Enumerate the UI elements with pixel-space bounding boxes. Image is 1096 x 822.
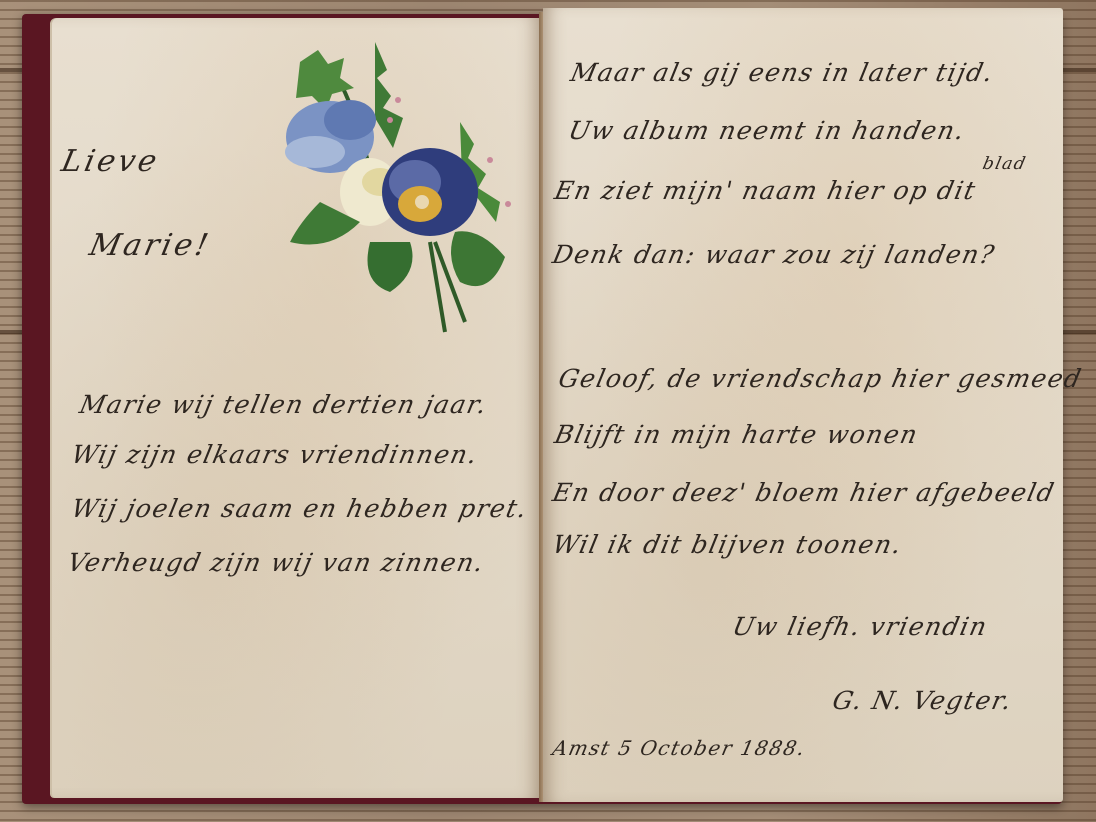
closing-line: Uw liefh. vriendin <box>730 612 991 641</box>
stanza1-line-3: En ziet mijn' naam hier op dit <box>552 176 979 205</box>
signature: G. N. Vegter. <box>830 686 1015 715</box>
greeting-line-2: Marie! <box>86 228 214 263</box>
stanza1-line-1: Maar als gij eens in later tijd. <box>568 58 997 87</box>
verse-line-4: Verheugd zijn wij van zinnen. <box>65 548 487 577</box>
verse-line-2: Wij zijn elkaars vriendinnen. <box>69 440 481 469</box>
verse-line-1: Marie wij tellen dertien jaar. <box>77 390 490 419</box>
right-page: Maar als gij eens in later tijd. Uw albu… <box>543 8 1063 802</box>
verse-line-3: Wij joelen saam en hebben pret. <box>69 494 531 523</box>
stanza1-line-2: Uw album neemt in handen. <box>566 116 968 145</box>
stanza2-line-4: Wil ik dit blijven toonen. <box>550 530 905 559</box>
stanza2-line-1: Geloof, de vriendschap hier gesmeed <box>556 364 1085 393</box>
place-date: Amst 5 October 1888. <box>550 736 808 760</box>
flower-bouquet-icon <box>280 42 530 337</box>
insertion-word: blad <box>981 154 1029 174</box>
stanza2-line-3: En door deez' bloem hier afgebeeld <box>550 478 1058 507</box>
greeting-line-1: Lieve <box>58 144 162 179</box>
stanza1-line-4: Denk dan: waar zou zij landen? <box>550 240 998 269</box>
stanza2-line-2: Blijft in mijn harte wonen <box>552 420 921 449</box>
left-page: Lieve Marie! Marie wij tellen dertien ja… <box>50 18 540 798</box>
